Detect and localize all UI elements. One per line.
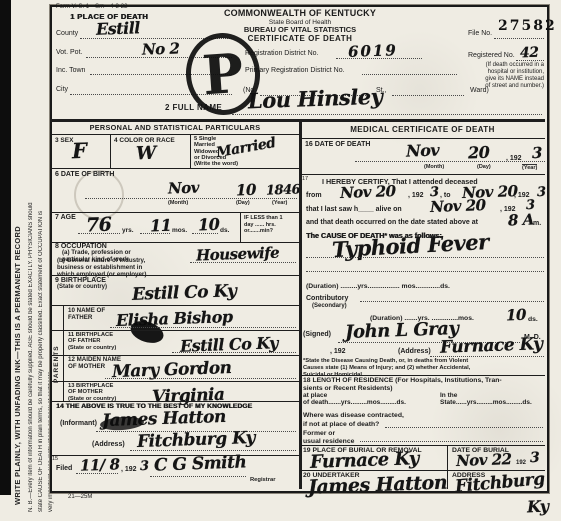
dod-year-hw: 3: [532, 144, 543, 162]
residence-ifnot-line: [385, 427, 543, 428]
file-no-line: [494, 38, 544, 39]
dob-year-value: 1846: [266, 182, 301, 198]
age-yrs-label: yrs.: [122, 227, 134, 234]
undertaker-address-value2: Ky: [527, 497, 549, 517]
secondary-label: (Secondary): [312, 303, 347, 310]
top-section-divider: [50, 119, 545, 122]
signed-address-caption: (Address): [398, 348, 431, 356]
age-mos-label: mos.: [172, 227, 187, 234]
margin-permanent-record-note: WRITE PLAINLY, WITH UNFADING INK—THIS IS…: [13, 55, 22, 505]
dob-year-caption: (Year): [272, 200, 287, 206]
color-race-value: W: [136, 143, 156, 165]
occurred-m-label: m.: [533, 220, 541, 228]
filed-date-line: [76, 473, 118, 474]
duration2-ds-label: ds.: [528, 316, 538, 324]
residence-ifnot-label: if not at place of death?: [303, 421, 379, 429]
print-code: 21—25M: [68, 494, 92, 501]
registered-no-label: Registered No.: [468, 52, 515, 60]
informant-address-line: [130, 450, 296, 451]
county-value: Estill: [96, 18, 140, 39]
age-line-1: [78, 233, 120, 234]
full-name-value: Lou Hinsley: [248, 84, 383, 114]
dob-day-caption: (Day): [236, 200, 250, 206]
age-subcell-divider: [240, 212, 241, 242]
residence-label: 18 LENGTH OF RESIDENCE (For Hospitals, I…: [303, 377, 502, 392]
certify-number: 17: [302, 176, 308, 182]
residence-former-label: Former or usual residence: [303, 430, 354, 445]
certify-to-year: 3: [537, 185, 546, 200]
mother-maiden-line: [105, 378, 296, 379]
father-name-label: 10 NAME OF FATHER: [68, 308, 105, 322]
undertaker-value: James Hatton: [308, 472, 448, 499]
dod-month-value: Nov: [406, 140, 440, 160]
age-ds-label: ds.: [220, 227, 229, 234]
margin-nb-note-line1: N. B.—Every item of information should b…: [28, 12, 34, 512]
contributory-label: Contributory: [306, 295, 348, 303]
filed-number: 15: [52, 456, 58, 462]
margin-nb-note-line2: state CAUSE OF DEATH in plain terms, so …: [38, 12, 44, 512]
filed-year-printed: , 192: [121, 466, 137, 474]
row-line-174: [300, 174, 545, 175]
dob-month-value: Nov: [168, 178, 200, 197]
filed-date-value: 11/ 8: [80, 455, 120, 474]
birthplace-value: Estill Co Ky: [132, 281, 237, 305]
full-name-line: [232, 114, 542, 115]
commonwealth-heading: COMMONWEALTH OF KENTUCKY: [195, 8, 405, 18]
informant-caption: (Informant): [60, 420, 97, 428]
informant-address-caption: (Address): [92, 441, 125, 449]
certify-from-label: from: [306, 192, 322, 200]
cause-line-1: [306, 257, 544, 258]
dob-line: [85, 198, 297, 199]
mother-birthplace-label: 13 BIRTHPLACE OF MOTHER (State or countr…: [68, 383, 116, 402]
residence-former-line: [360, 441, 543, 442]
dob-day-value: 10: [236, 181, 256, 200]
signed-address-line: [430, 356, 544, 357]
dod-day-value: 20: [468, 143, 490, 163]
scanned-death-certificate: WRITE PLAINLY, WITH UNFADING INK—THIS IS…: [0, 0, 561, 521]
certify-192a: , 192: [408, 192, 424, 200]
age-line-2: [140, 233, 170, 234]
inc-town-label: Inc. Town: [56, 67, 85, 75]
registered-no-value: 42: [520, 45, 539, 62]
personal-title-rule: [50, 134, 300, 135]
registrar-signature: C G Smith: [154, 452, 247, 475]
city-label: City: [56, 86, 68, 94]
contributory-line: [360, 301, 544, 302]
scan-edge-bar: [0, 0, 11, 495]
age-line-3: [192, 233, 218, 234]
filed-year-hw: 3: [140, 459, 149, 474]
file-no-value: 27582: [498, 18, 557, 34]
dob-label: 6 DATE OF BIRTH: [55, 171, 114, 179]
medical-title: MEDICAL CERTIFICATE OF DEATH: [300, 126, 545, 135]
physician-address-value: Furnace Ky: [440, 334, 543, 358]
burial-date-value: Nov 22: [456, 450, 512, 470]
father-birthplace-line: [172, 352, 296, 353]
burial-year-hw: 3: [530, 450, 540, 466]
form-number: Form V. S. 1—Sm—4-3-22: [56, 4, 127, 11]
signed-192-label: , 192: [330, 348, 346, 356]
registration-district-value: 6019: [348, 41, 398, 61]
residence-at-place: at place of death.......yrs.........mos.…: [303, 392, 406, 407]
vot-pot-label: Vot. Pot.: [56, 49, 82, 57]
sex-color-divider: [110, 135, 111, 168]
occurred-label: and that death occurred on the date stat…: [306, 219, 478, 227]
occurred-time-value: 8 A: [508, 211, 534, 230]
row-line-212: [50, 212, 300, 213]
age-label: 7 AGE: [55, 214, 76, 222]
birthplace-sub-label: (State or country): [57, 284, 107, 291]
occupation-line: [190, 262, 296, 263]
dod-label: 16 DATE OF DEATH: [305, 141, 370, 149]
registrar-label: Registrar: [250, 477, 275, 483]
parents-strip-divider: [63, 305, 64, 401]
county-label: County: [56, 30, 78, 38]
parents-label: PARENTS: [53, 325, 60, 383]
age-days-value: 10: [198, 215, 220, 235]
hospital-note: (If death occurred in a hospital or inst…: [438, 62, 544, 90]
if-less-note: IF LESS than 1 day ...... hrs. or.......…: [244, 215, 283, 235]
certify-from-value: Nov 20: [340, 182, 396, 202]
lastsaw-value: Nov 20: [430, 196, 486, 216]
residence-where-label: Where was disease contracted,: [303, 412, 404, 420]
dod-line: [355, 161, 545, 162]
burial-year-printed: 192: [516, 460, 526, 467]
sex-value: F: [72, 138, 87, 163]
registrar-line: [150, 476, 246, 477]
vot-pot-value: No 2: [142, 39, 180, 58]
burial-col-divider: [447, 445, 448, 489]
row-line-168: [50, 168, 300, 169]
residence-in-state: In the State......yrs.........mos.......…: [440, 392, 532, 407]
dod-day-caption: (Day): [477, 164, 491, 170]
signed-caption: (Signed): [303, 331, 331, 339]
duration2-days-value: 10: [506, 306, 526, 325]
street-line: [392, 95, 464, 96]
letter-p-stamp-glyph: P: [201, 41, 246, 108]
dob-month-caption: (Month): [168, 200, 188, 206]
informant-address-value: Fitchburg Ky: [137, 428, 256, 452]
file-no-label: File No.: [468, 30, 492, 38]
dod-year-caption: (Year): [522, 164, 537, 171]
dod-month-caption: (Month): [424, 164, 444, 170]
color-marital-divider: [190, 135, 191, 168]
duration1-label: (Duration) .........yrs.................…: [306, 283, 450, 291]
personal-title: PERSONAL AND STATISTICAL PARTICULARS: [50, 124, 300, 132]
medical-title-rule: [300, 138, 545, 139]
father-name-line: [110, 327, 296, 328]
lastsaw-label: that I last saw h____ alive on: [306, 206, 402, 214]
father-birthplace-label: 11 BIRTHPLACE OF FATHER (State or countr…: [68, 332, 116, 351]
cause-line-2: [306, 271, 544, 272]
filed-label: Filed: [56, 465, 72, 473]
